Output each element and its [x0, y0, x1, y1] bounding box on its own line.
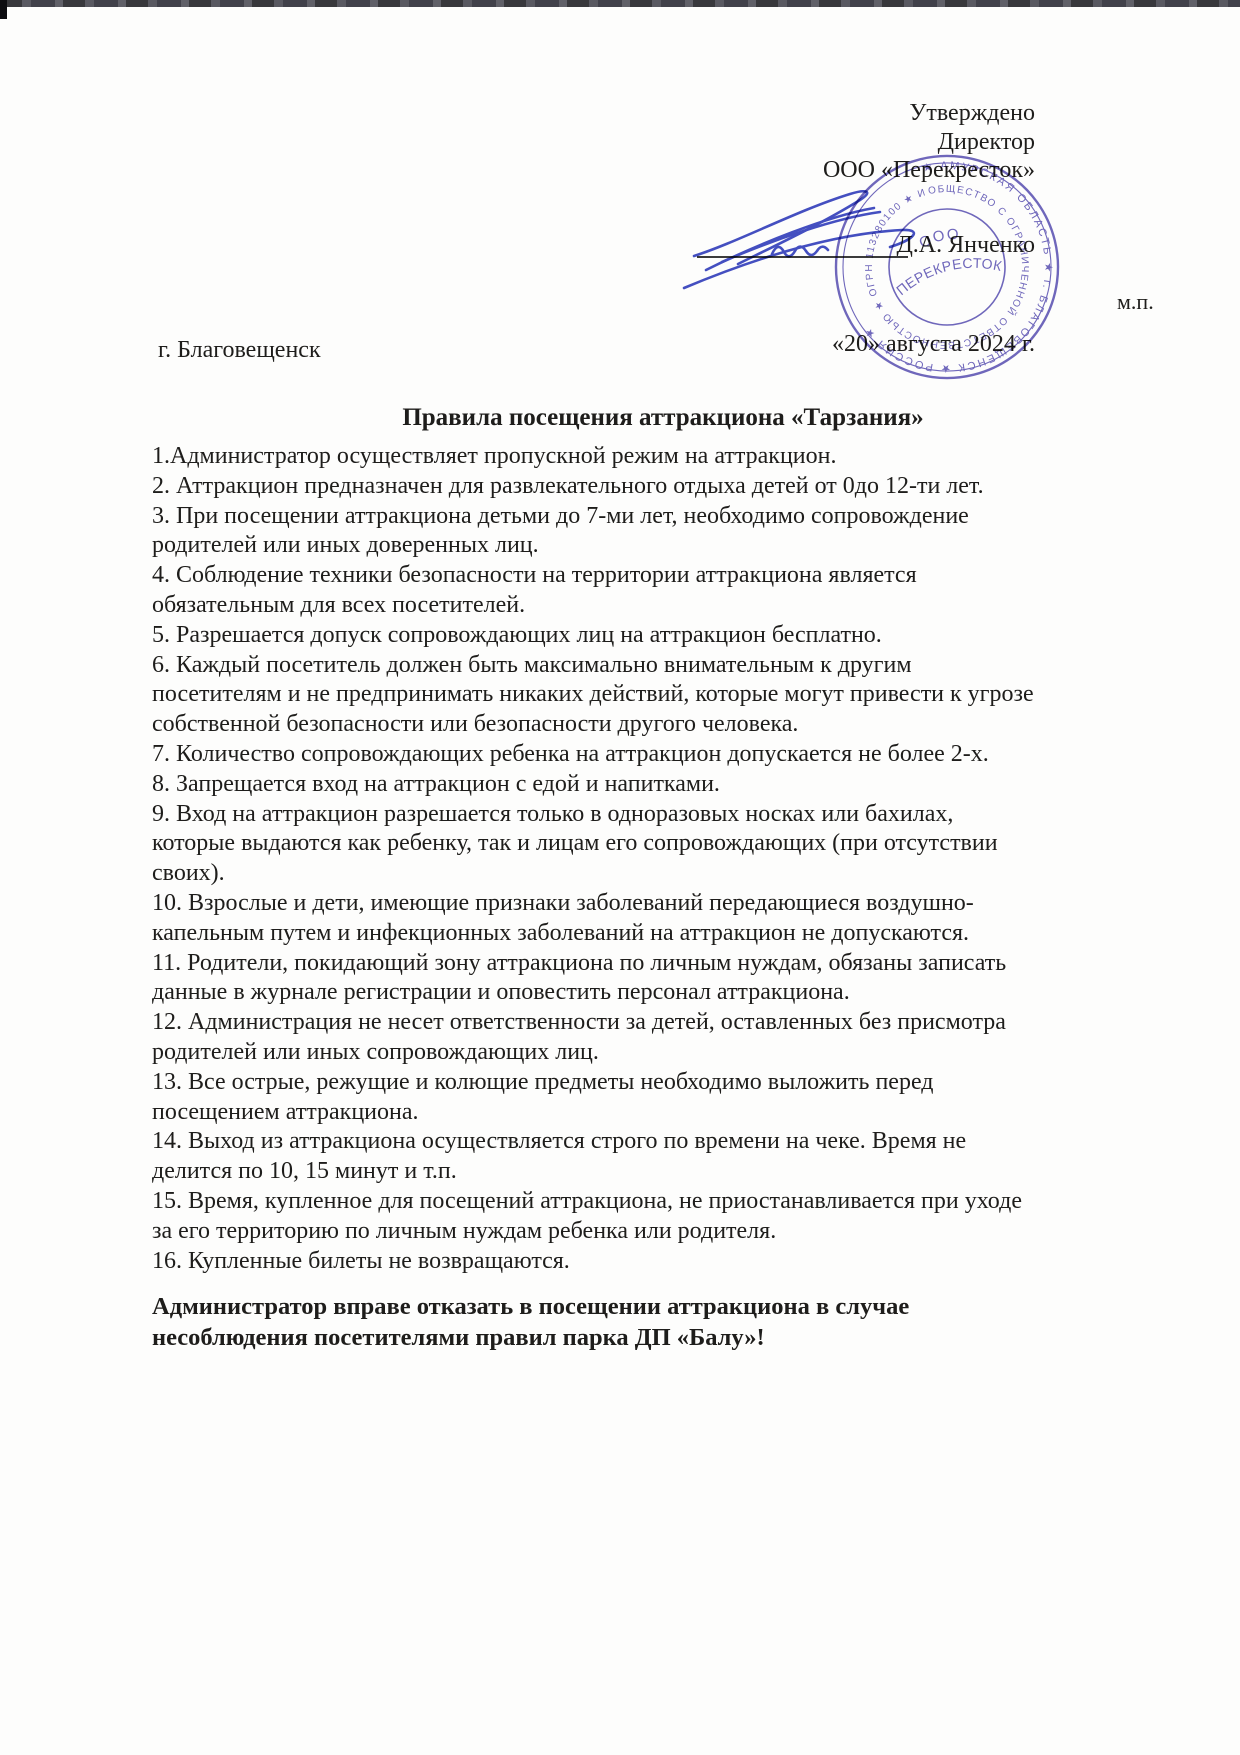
- rule-item: 15. Время, купленное для посещений аттра…: [152, 1187, 1039, 1247]
- approval-approved: Утверждено: [823, 99, 1035, 128]
- document-page: Утверждено Директор ООО «Перекресток» Д.…: [0, 0, 1240, 1755]
- rule-item: 11. Родители, покидающий зону аттракцион…: [152, 949, 1039, 1009]
- closing-statement: Администратор вправе отказать в посещени…: [152, 1291, 1049, 1353]
- rule-item: 14. Выход из аттракциона осуществляется …: [152, 1127, 1039, 1187]
- document-title: Правила посещения аттракциона «Тарзания»: [152, 404, 1036, 432]
- rule-item: 4. Соблюдение техники безопасности на те…: [152, 561, 1039, 621]
- rule-item: 13. Все острые, режущие и колющие предме…: [152, 1068, 1039, 1128]
- rule-item: 6. Каждый посетитель должен быть максима…: [152, 651, 1039, 740]
- svg-text:ООО: ООО: [916, 223, 964, 253]
- scan-edge-artifact: [0, 0, 1240, 7]
- document-city: г. Благовещенск: [158, 337, 321, 364]
- rule-item: 8. Запрещается вход на аттракцион с едой…: [152, 770, 1039, 800]
- rule-item: 2. Аттракцион предназначен для развлекат…: [152, 472, 1039, 502]
- scan-corner-artifact: [0, 0, 7, 19]
- rule-item: 5. Разрешается допуск сопровождающих лиц…: [152, 621, 1039, 651]
- rule-item: 12. Администрация не несет ответственнос…: [152, 1008, 1039, 1068]
- rule-item: 9. Вход на аттракцион разрешается только…: [152, 800, 1039, 889]
- rule-item: 10. Взрослые и дети, имеющие признаки за…: [152, 889, 1039, 949]
- company-stamp-icon: ★ АМУРСКАЯ ОБЛАСТЬ ★ г. БЛАГОВЕЩЕНСК ★ Р…: [828, 148, 1066, 386]
- seal-place-note: м.п.: [1117, 289, 1154, 315]
- rule-item: 1.Администратор осуществляет пропускной …: [152, 442, 1039, 472]
- rule-item: 7. Количество сопровождающих ребенка на …: [152, 740, 1039, 770]
- rule-item: 3. При посещении аттракциона детьми до 7…: [152, 502, 1039, 562]
- rule-item: 16. Купленные билеты не возвращаются.: [152, 1247, 1039, 1277]
- rules-list: 1.Администратор осуществляет пропускной …: [152, 442, 1039, 1276]
- stamp-center-org-type: ООО: [916, 223, 964, 253]
